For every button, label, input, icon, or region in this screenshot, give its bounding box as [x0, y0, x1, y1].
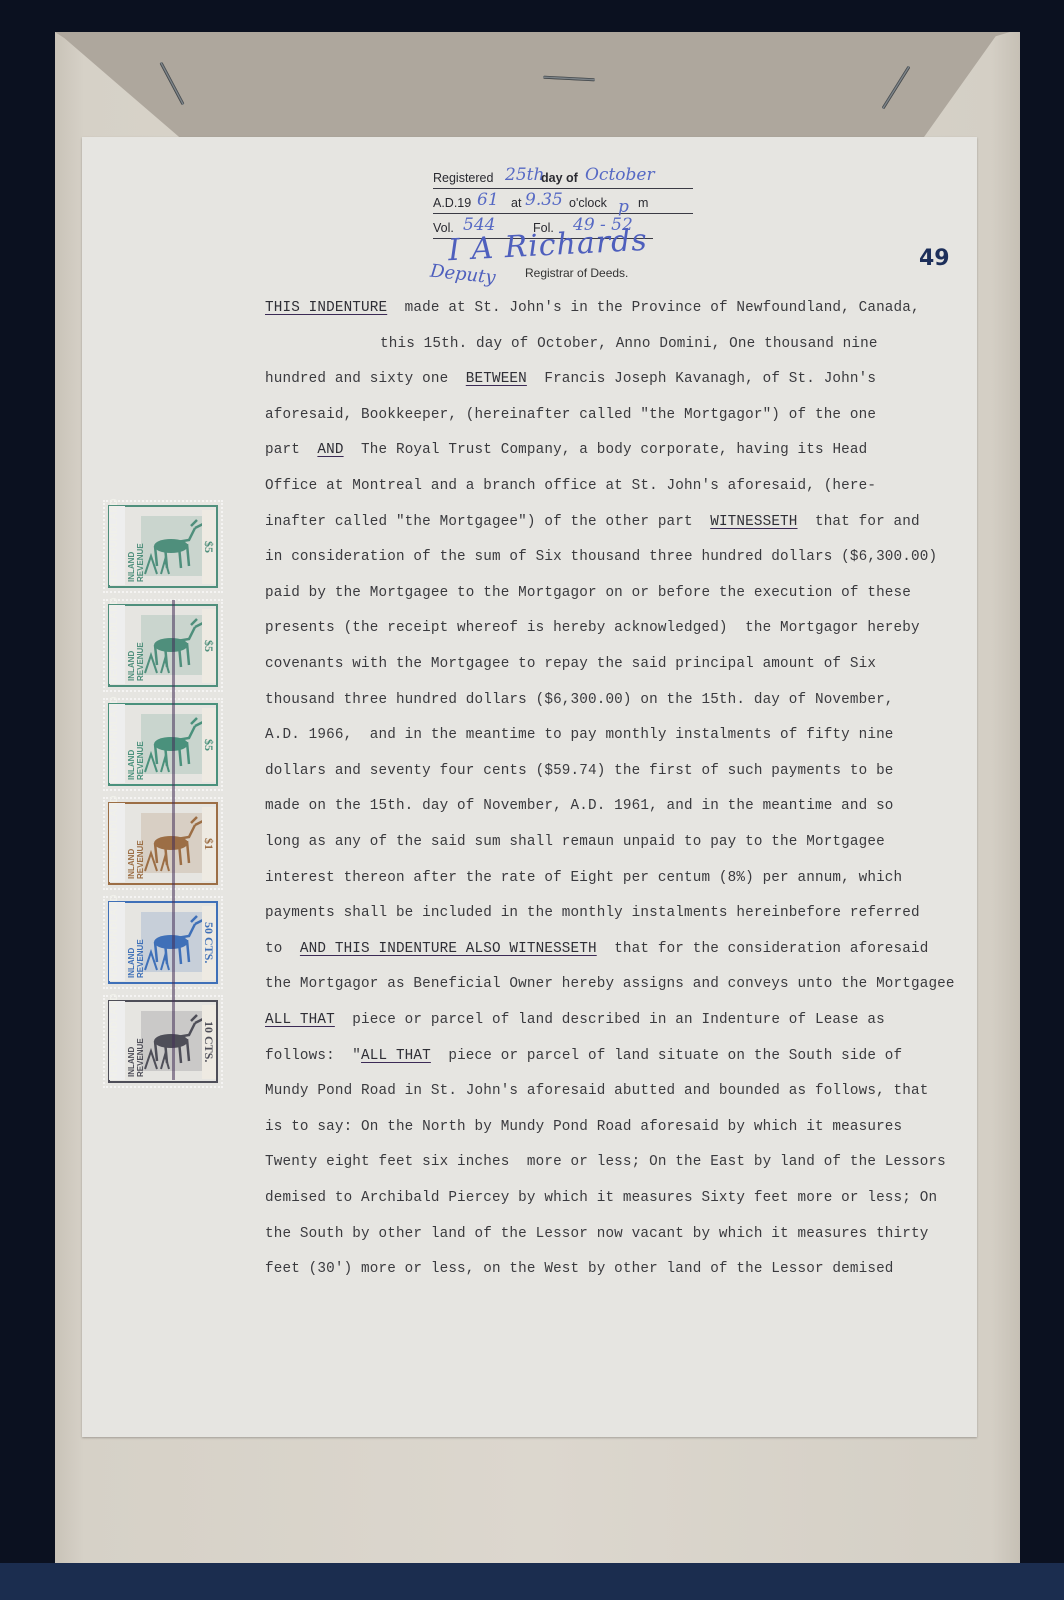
day-of-label: day of — [541, 171, 578, 185]
text-segment: A.D. 1966, and in the meantime to pay mo… — [265, 727, 894, 743]
underlined-term: WITNESSETH — [710, 514, 797, 530]
stamp-country: NEWFOUNDLAND — [109, 902, 125, 981]
text-line: dollars and seventy four cents ($59.74) … — [265, 763, 894, 779]
text-segment: the Mortgagor as Beneficial Owner hereby… — [265, 976, 955, 992]
text-line: the South by other land of the Lessor no… — [265, 1226, 928, 1242]
text-segment: Twenty eight feet six inches more or les… — [265, 1154, 946, 1170]
text-line: A.D. 1966, and in the meantime to pay mo… — [265, 727, 894, 743]
revenue-stamp: NEWFOUNDLAND INLAND REVENUE $5 — [103, 698, 223, 791]
registered-ampm: p — [618, 197, 629, 217]
text-segment: that for the consideration aforesaid — [597, 941, 929, 957]
underlined-term: ALL THAT — [265, 1012, 335, 1028]
registered-time: 9.35 — [525, 190, 563, 210]
text-segment: made on the 15th. day of November, A.D. … — [265, 798, 894, 814]
text-segment: that for and — [798, 514, 920, 530]
text-line: demised to Archibald Piercey by which it… — [265, 1190, 937, 1206]
ad-label: A.D.19 — [433, 196, 471, 210]
text-segment: Francis Joseph Kavanagh, of St. John's — [527, 371, 876, 387]
revenue-stamp: NEWFOUNDLAND INLAND REVENUE $5 — [103, 500, 223, 593]
text-segment: aforesaid, Bookkeeper, (hereinafter call… — [265, 407, 876, 423]
underlined-term: THIS INDENTURE — [265, 300, 387, 316]
registered-day: 25th — [505, 165, 544, 185]
text-line: covenants with the Mortgagee to repay th… — [265, 656, 876, 672]
registrar-label: Registrar of Deeds. — [525, 266, 628, 280]
revenue-stamp: NEWFOUNDLAND INLAND REVENUE $5 — [103, 599, 223, 692]
registered-line: Registered 25th day of October — [433, 166, 693, 189]
registered-label: Registered — [433, 171, 493, 185]
stamp-cancellation-mark — [172, 600, 175, 1080]
text-segment: payments shall be included in the monthl… — [265, 905, 920, 921]
revenue-stamps: NEWFOUNDLAND INLAND REVENUE $5 NEWFOUNDL… — [103, 500, 228, 1094]
underlined-term: AND THIS INDENTURE ALSO WITNESSETH — [300, 941, 597, 957]
text-line: inafter called "the Mortgagee") of the o… — [265, 514, 920, 530]
text-segment: Mundy Pond Road in St. John's aforesaid … — [265, 1083, 928, 1099]
text-segment: hundred and sixty one — [265, 371, 466, 387]
at-label: at — [511, 196, 521, 210]
text-segment: follows: " — [265, 1048, 361, 1064]
text-line: follows: "ALL THAT piece or parcel of la… — [265, 1048, 902, 1064]
stamp-country: NEWFOUNDLAND — [109, 506, 125, 585]
stamp-denomination: $5 — [202, 609, 216, 683]
text-segment: Office at Montreal and a branch office a… — [265, 478, 876, 494]
text-line: THIS INDENTURE made at St. John's in the… — [265, 300, 920, 316]
text-line: Office at Montreal and a branch office a… — [265, 478, 876, 494]
text-segment: covenants with the Mortgagee to repay th… — [265, 656, 876, 672]
text-segment: inafter called "the Mortgagee") of the o… — [265, 514, 710, 530]
text-line: hundred and sixty one BETWEEN Francis Jo… — [265, 371, 876, 387]
stamp-denomination: 50 CTS. — [202, 906, 216, 980]
text-segment: long as any of the said sum shall remaun… — [265, 834, 885, 850]
text-segment: the South by other land of the Lessor no… — [265, 1226, 928, 1242]
stamp-country: NEWFOUNDLAND — [109, 1001, 125, 1080]
text-line: this 15th. day of October, Anno Domini, … — [380, 336, 878, 352]
underlined-term: BETWEEN — [466, 371, 527, 387]
text-segment: made at St. John's in the Province of Ne… — [387, 300, 920, 316]
text-line: is to say: On the North by Mundy Pond Ro… — [265, 1119, 902, 1135]
folder-top-flap — [55, 32, 1010, 137]
background-band — [0, 1563, 1064, 1600]
text-line: feet (30') more or less, on the West by … — [265, 1261, 894, 1277]
stamp-denomination: $1 — [202, 807, 216, 881]
text-segment: paid by the Mortgagee to the Mortgagor o… — [265, 585, 911, 601]
text-segment: feet (30') more or less, on the West by … — [265, 1261, 894, 1277]
text-line: thousand three hundred dollars ($6,300.0… — [265, 692, 894, 708]
text-line: ALL THAT piece or parcel of land describ… — [265, 1012, 885, 1028]
text-line: the Mortgagor as Beneficial Owner hereby… — [265, 976, 955, 992]
ad-line: A.D.19 61 at 9.35 o'clock p m — [433, 191, 693, 214]
oclock-label: o'clock — [569, 196, 607, 210]
text-segment: part — [265, 442, 317, 458]
text-segment: piece or parcel of land described in an … — [335, 1012, 885, 1028]
text-line: Twenty eight feet six inches more or les… — [265, 1154, 946, 1170]
text-segment: to — [265, 941, 300, 957]
text-line: Mundy Pond Road in St. John's aforesaid … — [265, 1083, 928, 1099]
revenue-stamp: NEWFOUNDLAND INLAND REVENUE 50 CTS. — [103, 896, 223, 989]
text-line: payments shall be included in the monthl… — [265, 905, 920, 921]
stamp-country: NEWFOUNDLAND — [109, 704, 125, 783]
text-line: presents (the receipt whereof is hereby … — [265, 620, 920, 636]
stamp-country: NEWFOUNDLAND — [109, 803, 125, 882]
page-number: 49 — [919, 246, 950, 271]
registered-year: 61 — [477, 190, 499, 210]
stamp-country: NEWFOUNDLAND — [109, 605, 125, 684]
text-segment: presents (the receipt whereof is hereby … — [265, 620, 920, 636]
text-line: interest thereon after the rate of Eight… — [265, 870, 902, 886]
text-line: part AND The Royal Trust Company, a body… — [265, 442, 867, 458]
text-line: in consideration of the sum of Six thous… — [265, 549, 937, 565]
text-line: made on the 15th. day of November, A.D. … — [265, 798, 894, 814]
text-line: long as any of the said sum shall remaun… — [265, 834, 885, 850]
text-line: aforesaid, Bookkeeper, (hereinafter call… — [265, 407, 876, 423]
revenue-stamp: NEWFOUNDLAND INLAND REVENUE 10 CTS. — [103, 995, 223, 1088]
text-segment: is to say: On the North by Mundy Pond Ro… — [265, 1119, 902, 1135]
stamp-denomination: 10 CTS. — [202, 1005, 216, 1079]
underlined-term: ALL THAT — [361, 1048, 431, 1064]
revenue-stamp: NEWFOUNDLAND INLAND REVENUE $1 — [103, 797, 223, 890]
text-segment: The Royal Trust Company, a body corporat… — [344, 442, 868, 458]
registered-month: October — [585, 165, 655, 185]
text-line: paid by the Mortgagee to the Mortgagor o… — [265, 585, 911, 601]
stamp-denomination: $5 — [202, 708, 216, 782]
text-line: to AND THIS INDENTURE ALSO WITNESSETH th… — [265, 941, 928, 957]
text-segment: piece or parcel of land situate on the S… — [431, 1048, 902, 1064]
text-segment: dollars and seventy four cents ($59.74) … — [265, 763, 894, 779]
text-segment: interest thereon after the rate of Eight… — [265, 870, 902, 886]
text-segment: in consideration of the sum of Six thous… — [265, 549, 937, 565]
stamp-denomination: $5 — [202, 510, 216, 584]
text-segment: thousand three hundred dollars ($6,300.0… — [265, 692, 894, 708]
m-label: m — [638, 196, 648, 210]
underlined-term: AND — [317, 442, 343, 458]
text-segment: this 15th. day of October, Anno Domini, … — [380, 336, 878, 352]
text-segment: demised to Archibald Piercey by which it… — [265, 1190, 937, 1206]
caribou-icon — [141, 516, 207, 576]
